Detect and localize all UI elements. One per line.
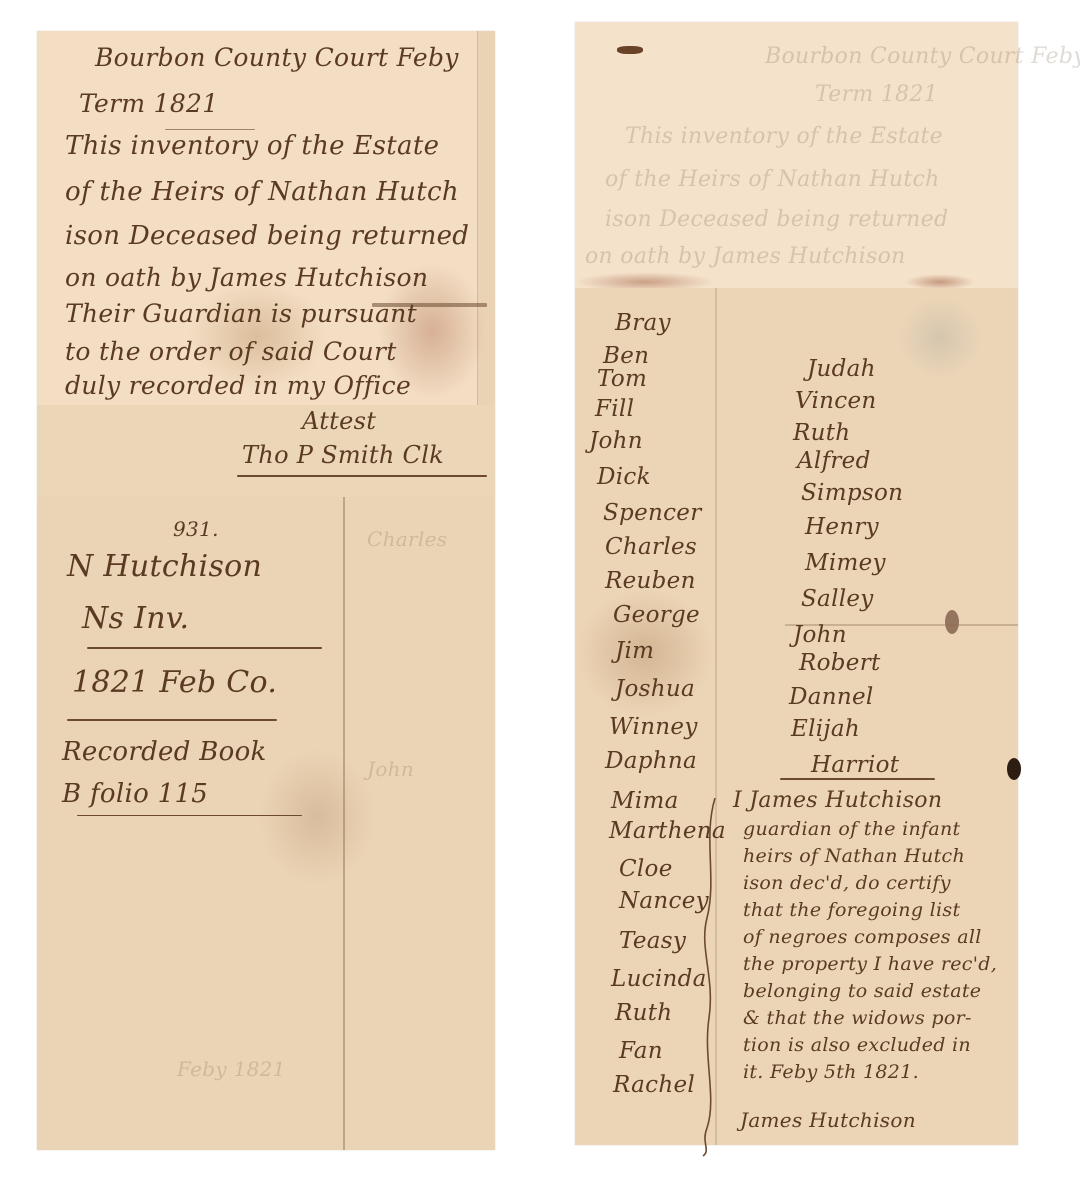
name-entry: Dick: [597, 464, 651, 490]
certification-line: the property I have rec'd,: [743, 953, 997, 975]
certification-line: ison dec'd, do certify: [743, 872, 951, 894]
reverse-flap: Bourbon County Court Feby Term 1821 This…: [575, 22, 1018, 290]
bleed-through-text: This inventory of the Estate: [625, 124, 943, 149]
name-entry: Mima: [611, 788, 679, 814]
certification-line: belonging to said estate: [743, 980, 981, 1002]
certification-line: heirs of Nathan Hutch: [743, 845, 965, 867]
name-entry: Cloe: [619, 856, 673, 882]
docket-underline: [87, 647, 322, 649]
record-text-line: duly recorded in my Office: [65, 371, 411, 400]
name-entry: Robert: [799, 650, 881, 676]
name-entry: Ruth: [615, 1000, 672, 1026]
name-entry: George: [613, 602, 700, 628]
guardian-signature: James Hutchison: [740, 1108, 916, 1132]
record-text-line: to the order of said Court: [65, 337, 397, 366]
name-entry: Lucinda: [611, 966, 707, 992]
record-text-line: ison Deceased being returned: [65, 221, 469, 251]
ink-blot: [945, 610, 959, 634]
name-entry: Daphna: [605, 748, 697, 774]
bleed-through-text: John: [367, 757, 414, 781]
bleed-through-text: ison Deceased being returned: [605, 207, 948, 232]
record-text-line: This inventory of the Estate: [65, 131, 439, 161]
record-text-line: of the Heirs of Nathan Hutch: [65, 177, 459, 207]
name-entry: Simpson: [801, 480, 903, 506]
docket-panel: Charles John Feby 1821 931. N Hutchison …: [37, 497, 495, 1150]
docket-number: 931.: [173, 517, 219, 541]
water-stain: [257, 747, 377, 887]
name-entry: Reuben: [605, 568, 696, 594]
name-entry: John: [589, 428, 643, 454]
name-entry: Fan: [619, 1038, 663, 1064]
inventory-panel: Bray Ben Tom Fill John Dick Spencer Char…: [575, 288, 1018, 1145]
signature-underline: [237, 475, 487, 477]
wax-seal-mark: [895, 298, 985, 378]
bleed-through-text: on oath by James Hutchison: [585, 244, 906, 269]
name-entry: Tom: [597, 366, 647, 392]
name-entry: John: [793, 622, 847, 648]
name-entry: Harriot: [811, 752, 899, 778]
name-entry: Bray: [615, 310, 671, 336]
certification-line: & that the widows por-: [743, 1007, 972, 1029]
name-entry: Fill: [595, 396, 634, 422]
bleed-through-text: Bourbon County Court Feby: [765, 44, 1080, 69]
name-entry: Elijah: [791, 716, 860, 742]
name-entry: Winney: [609, 714, 698, 740]
docket-underline: [77, 815, 302, 816]
court-heading-line: Bourbon County Court Feby: [95, 43, 459, 72]
certification-line: that the foregoing list: [743, 899, 960, 921]
name-entry: Alfred: [797, 448, 871, 474]
certification-line: I James Hutchison: [733, 788, 942, 813]
name-entry: Joshua: [615, 676, 695, 702]
certification-date: it. Feby 5th 1821.: [743, 1061, 919, 1083]
name-entry: Salley: [801, 586, 874, 612]
docket-subject: Ns Inv.: [82, 601, 189, 636]
docket-underline: [67, 719, 277, 721]
name-entry: Jim: [615, 638, 654, 664]
name-entry: Dannel: [789, 684, 874, 710]
record-text-line: on oath by James Hutchison: [65, 263, 428, 292]
bleed-through-date: Feby 1821: [177, 1057, 286, 1081]
recorded-folio-line: B folio 115: [62, 779, 208, 809]
attestation-band: Attest Tho P Smith Clk: [37, 405, 495, 498]
certification-line: tion is also excluded in: [743, 1034, 971, 1056]
bleed-through-text: Term 1821: [815, 82, 938, 107]
court-term-line: Term 1821: [79, 89, 218, 118]
ink-blot: [1007, 758, 1021, 780]
docket-date: 1821 Feb Co.: [72, 665, 277, 700]
certification-line: guardian of the infant: [743, 818, 960, 840]
underline: [165, 129, 255, 130]
name-entry: Mimey: [805, 550, 886, 576]
ink-spot: [617, 46, 643, 54]
right-document-page: Bourbon County Court Feby Term 1821 This…: [575, 22, 1018, 1145]
certification-line: of negroes composes all: [743, 926, 982, 948]
clerk-signature: Tho P Smith Clk: [242, 441, 444, 469]
docket-name: N Hutchison: [67, 549, 262, 584]
brace-line: [695, 798, 725, 1158]
name-entry: Vincen: [795, 388, 876, 414]
name-entry: Judah: [807, 356, 876, 382]
recorded-book-line: Recorded Book: [62, 737, 267, 767]
name-entry: Spencer: [603, 500, 702, 526]
name-entry: Ruth: [793, 420, 850, 446]
bleed-through-text: Charles: [367, 527, 447, 551]
name-entry: Teasy: [619, 928, 686, 954]
name-entry: Henry: [805, 514, 879, 540]
attest-label: Attest: [302, 407, 376, 435]
name-entry: Rachel: [613, 1072, 695, 1098]
court-record-flap: Bourbon County Court Feby Term 1821 This…: [37, 31, 478, 406]
record-text-line: Their Guardian is pursuant: [65, 299, 417, 328]
bleed-through-text: of the Heirs of Nathan Hutch: [605, 167, 940, 192]
left-document-page: Bourbon County Court Feby Term 1821 This…: [37, 31, 495, 1150]
list-end-underline: [780, 778, 935, 780]
name-entry: Charles: [605, 534, 697, 560]
